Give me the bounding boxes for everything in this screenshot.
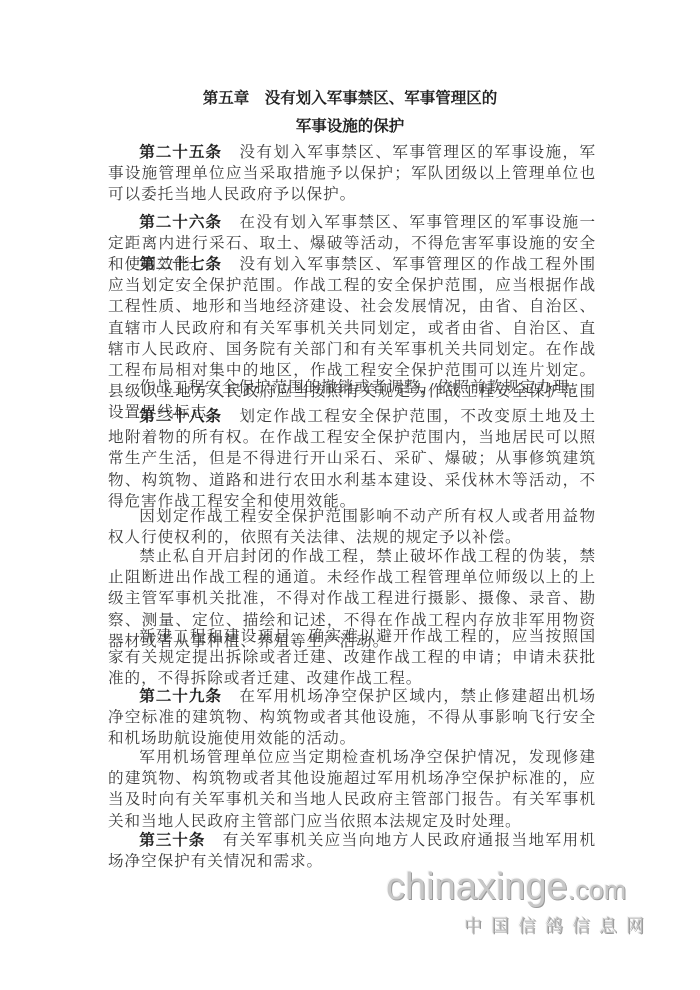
article-number: 第三十条 [139,831,205,849]
article-29: 第二十九条在军用机场净空保护区域内，禁止修建超出机场净空标准的建筑物、构筑物或者… [108,686,596,750]
watermark-site-name-cn: 中国信鸽信息网 [464,912,666,938]
watermark-site-main: chinaxinge [386,866,568,908]
watermark-site-tld: .com [568,875,627,905]
article-number: 第二十六条 [139,213,222,231]
article-number: 第二十八条 [139,407,222,425]
article-28-paragraph-2: 因划定作战工程安全保护范围影响不动产所有权人或者用益物权人行使权利的，依照有关法… [108,506,596,548]
article-number: 第二十九条 [139,687,222,705]
article-27-paragraph-2: 作战工程安全保护范围的撤销或者调整，依照前款规定办理。 [108,377,596,398]
article-29-paragraph-2: 军用机场管理单位应当定期检查机场净空保护情况，发现修建的建筑物、构筑物或者其他设… [108,747,596,832]
article-28: 第二十八条划定作战工程安全保护范围，不改变原土地及土地附着物的所有权。在作战工程… [108,406,596,512]
chapter-title-line-2: 军事设施的保护 [0,114,700,136]
article-number: 第二十五条 [139,143,222,161]
chapter-title-line-1: 第五章 没有划入军事禁区、军事管理区的 [0,86,700,108]
watermark-logo: chinaxinge.com [386,866,666,909]
article-number: 第二十七条 [139,255,222,273]
article-28-paragraph-4: 新建工程和建设项目，确实难以避开作战工程的，应当按照国家有关规定提出拆除或者迁建… [108,626,596,690]
article-25: 第二十五条没有划入军事禁区、军事管理区的军事设施，军事设施管理单位应当采取措施予… [108,142,596,206]
